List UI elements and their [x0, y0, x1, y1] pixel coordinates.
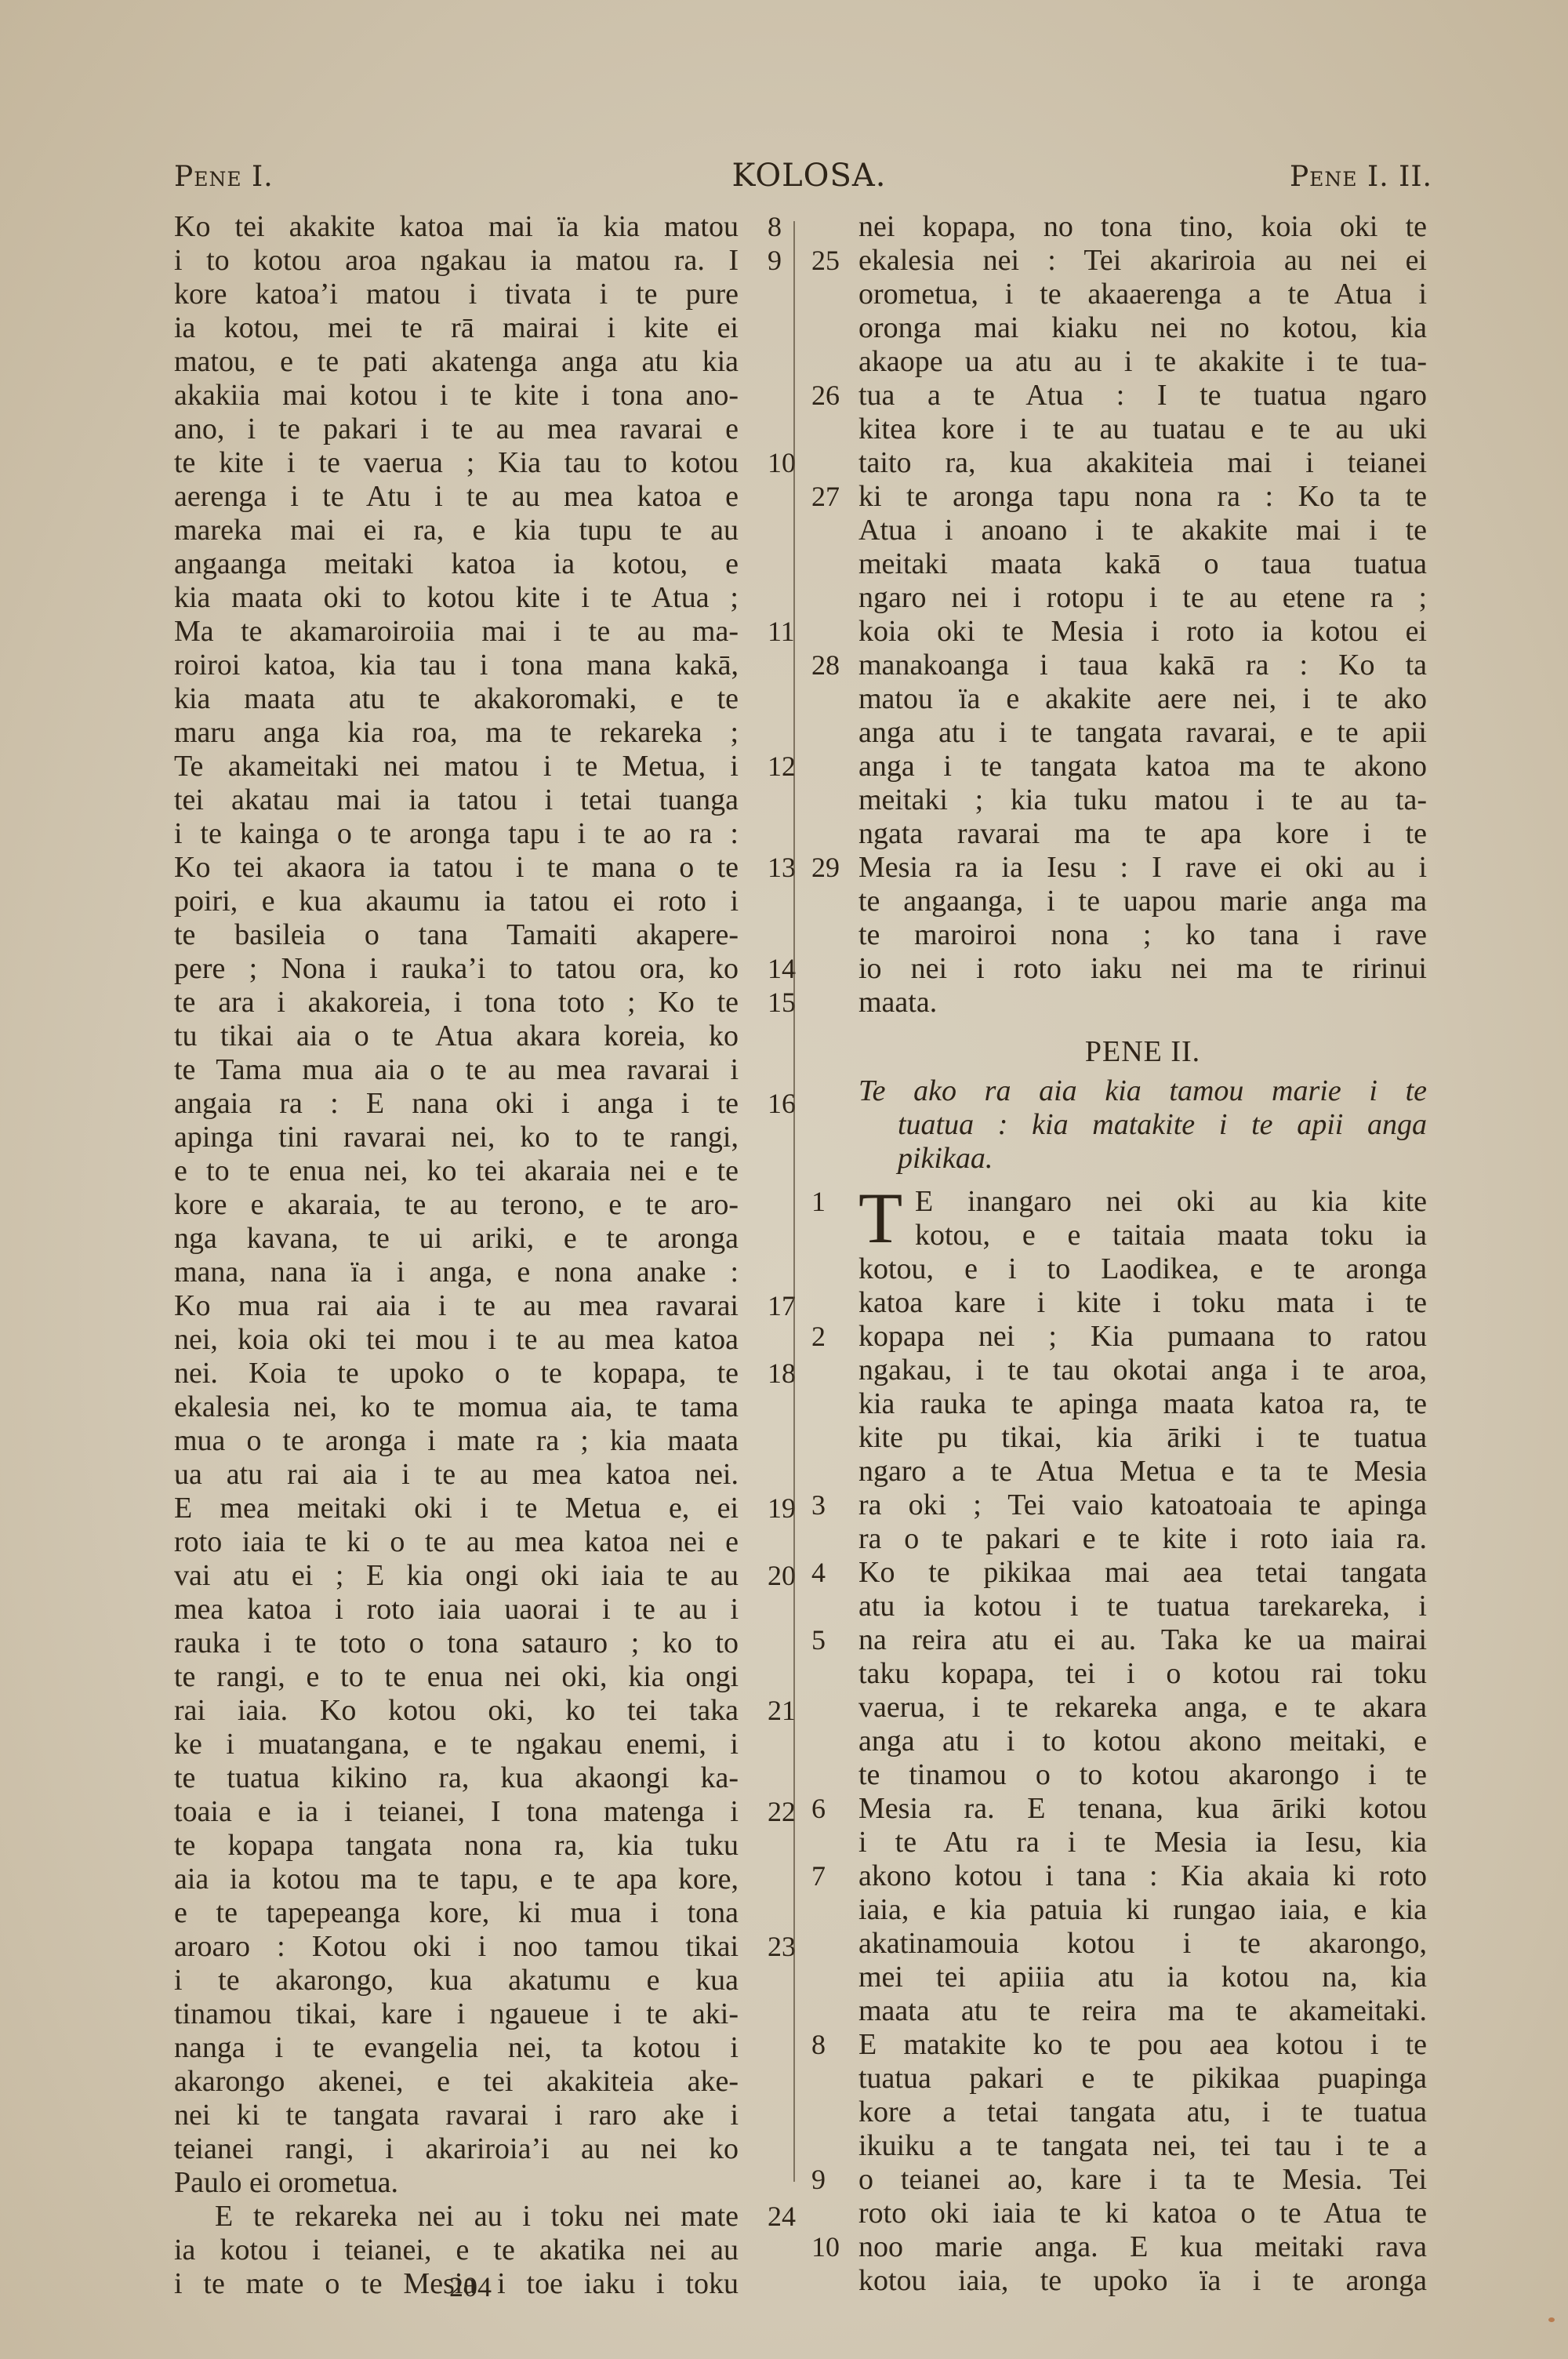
text-line: kopapa nei ; Kia pumaana to ratou2	[858, 1320, 1427, 1354]
text-line: atu ia kotou i te tuatua tarekareka, i	[858, 1590, 1427, 1623]
line-text: nei. Koia te upoko o te kopapa, te	[174, 1357, 739, 1390]
text-line: Ko tei akakite katoa mai ïa kia matou8	[174, 210, 739, 244]
line-text: te angaanga, i te uapou marie anga ma	[858, 885, 1427, 918]
text-line: maru anga kia roa, ma te rekareka ;	[174, 716, 739, 750]
text-line: kia rauka te apinga maata katoa ra, te	[858, 1387, 1427, 1421]
text-line: ngakau, i te tau okotai anga i te aroa,	[858, 1354, 1427, 1387]
text-line: te kopapa tangata nona ra, kia tuku	[174, 1829, 739, 1863]
text-line: akaope ua atu au i te akakite i te tua-	[858, 345, 1427, 379]
line-text: te rangi, e to te enua nei oki, kia ongi	[174, 1660, 739, 1693]
line-text: te maroiroi nona ; ko tana i rave	[858, 918, 1427, 951]
verse-number: 8	[811, 2028, 851, 2062]
line-text: i te akarongo, kua akatumu e kua	[174, 1964, 739, 1997]
line-text: maru anga kia roa, ma te rekareka ;	[174, 716, 739, 749]
text-line: taku kopapa, tei i o kotou rai toku	[858, 1657, 1427, 1691]
line-text: kotou, e i to Laodikea, e te aronga	[858, 1252, 1427, 1285]
chapter-1-continuation: nei kopapa, no tona tino, koia oki teeka…	[858, 210, 1427, 1020]
line-text: anga atu i to kotou akono meitaki, e	[858, 1725, 1427, 1757]
line-text: ia kotou, mei te rā mairai i kite ei	[174, 311, 739, 344]
summary-line: tuatua : kia matakite i te apii anga	[858, 1108, 1427, 1142]
text-line: te tinamou o to kotou akarongo i te	[858, 1758, 1427, 1792]
verse-number: 26	[811, 379, 851, 413]
text-line: ke i muatangana, e te ngakau enemi, i	[174, 1728, 739, 1761]
verse-number: 10	[811, 2230, 851, 2264]
text-line: Ko te pikikaa mai aea tetai tangata4	[858, 1556, 1427, 1590]
text-line: Atua i anoano i te akakite mai i te	[858, 514, 1427, 547]
line-text: te kite i te vaerua ; Kia tau to kotou	[174, 446, 739, 479]
verse-number: 7	[811, 1859, 851, 1893]
line-text: orometua, i te akaaerenga a te Atua i	[858, 278, 1427, 311]
line-text: Mesia ra ia Iesu : I rave ei oki au i	[858, 851, 1427, 884]
line-text: pere ; Nona i rauka’i to tatou ora, ko	[174, 952, 739, 985]
line-text: vaerua, i te rekareka anga, e te akara	[858, 1691, 1427, 1724]
line-text: aia ia kotou ma te tapu, e te apa kore,	[174, 1863, 739, 1896]
text-line: Paulo ei orometua.	[174, 2166, 739, 2200]
line-text: angaanga meitaki katoa ia kotou, e	[174, 547, 739, 580]
text-line: nei. Koia te upoko o te kopapa, te18	[174, 1357, 739, 1390]
text-line: E mea meitaki oki i te Metua e, ei19	[174, 1492, 739, 1525]
line-text: ekalesia nei : Tei akariroia au nei ei	[858, 244, 1427, 277]
text-line: matou ïa e akakite aere nei, i te ako	[858, 682, 1427, 716]
line-text: io nei i roto iaku nei ma te ririnui	[858, 952, 1427, 985]
text-line: anga i te tangata katoa ma te akono	[858, 750, 1427, 783]
text-line: vaerua, i te rekareka anga, e te akara	[858, 1691, 1427, 1725]
text-line: matou, e te pati akatenga anga atu kia	[174, 345, 739, 379]
text-line: ngaro nei i rotopu i te au etene ra ;	[858, 581, 1427, 615]
header-book-title: KOLOSA.	[723, 158, 895, 194]
verse-number: 28	[811, 649, 851, 682]
line-text: akarongo akenei, e tei akakiteia ake-	[174, 2065, 739, 2098]
right-column: nei kopapa, no tona tino, koia oki teeka…	[858, 210, 1427, 2298]
line-text: meitaki maata kakā o taua tuatua	[858, 547, 1427, 580]
line-text: ngakau, i te tau okotai anga i te aroa,	[858, 1354, 1427, 1387]
text-line: e te tapepeanga kore, ki mua i tona	[174, 1896, 739, 1930]
line-text: akaope ua atu au i te akakite i te tua-	[858, 345, 1427, 378]
line-text: Ko tei akakite katoa mai ïa kia matou	[174, 210, 739, 243]
text-line: i te akarongo, kua akatumu e kua	[174, 1964, 739, 1997]
header-chapter-right: Pene I. II.	[1290, 161, 1432, 193]
text-line: kore e akaraia, te au terono, e te aro-	[174, 1188, 739, 1222]
line-text: tinamou tikai, kare i ngaueue i te aki-	[174, 1997, 739, 2030]
text-line: vai atu ei ; E kia ongi oki iaia te au20	[174, 1559, 739, 1593]
line-text: akono kotou i tana : Kia akaia ki roto	[858, 1859, 1427, 1892]
column-divider	[793, 221, 795, 2182]
line-text: Ko mua rai aia i te au mea ravarai	[174, 1289, 739, 1322]
text-line: te maroiroi nona ; ko tana i rave	[858, 918, 1427, 952]
line-text: Paulo ei orometua.	[174, 2166, 398, 2199]
text-line: ngata ravarai ma te apa kore i te	[858, 817, 1427, 851]
text-line: akono kotou i tana : Kia akaia ki roto7	[858, 1859, 1427, 1893]
text-line: ekalesia nei, ko te momua aia, te tama	[174, 1390, 739, 1424]
line-text: ra oki ; Tei vaio katoatoaia te apinga	[858, 1488, 1427, 1521]
line-text: i to kotou aroa ngakau ia matou ra. I	[174, 244, 739, 277]
chapter-2-text: T E inangaro nei oki au kia kite1kotou, …	[858, 1185, 1427, 2298]
text-line: angaanga meitaki katoa ia kotou, e	[174, 547, 739, 581]
line-text: aerenga i te Atu i te au mea katoa e	[174, 480, 739, 513]
line-text: teianei rangi, i akariroia’i au nei ko	[174, 2132, 739, 2165]
line-text: matou, e te pati akatenga anga atu kia	[174, 345, 739, 378]
text-line: maata.	[858, 986, 1427, 1020]
line-text: kore a tetai tangata atu, i te tuatua	[858, 2095, 1427, 2128]
line-text: tua a te Atua : I te tuatua ngaro	[858, 379, 1427, 412]
left-column: Ko tei akakite katoa mai ïa kia matou8i …	[174, 210, 739, 2301]
text-line: nga kavana, te ui ariki, e te aronga	[174, 1222, 739, 1256]
line-text: taku kopapa, tei i o kotou rai toku	[858, 1657, 1427, 1690]
text-line: roiroi katoa, kia tau i tona mana kakā,	[174, 649, 739, 682]
text-line: E matakite ko te pou aea kotou i te8	[858, 2028, 1427, 2062]
text-line: mea katoa i roto iaia uaorai i te au i	[174, 1593, 739, 1627]
line-text: mana, nana ïa i anga, e nona anake :	[174, 1256, 739, 1289]
verse-number: 4	[811, 1556, 851, 1590]
text-line: tei akatau mai ia tatou i tetai tuanga	[174, 783, 739, 817]
text-line: orometua, i te akaaerenga a te Atua i	[858, 278, 1427, 311]
text-line: maata atu te reira ma te akameitaki.	[858, 1994, 1427, 2028]
line-text: i te kainga o te aronga tapu i te ao ra …	[174, 817, 739, 850]
line-text: te Tama mua aia o te au mea ravarai i	[174, 1053, 739, 1086]
line-text: poiri, e kua akaumu ia tatou ei roto i	[174, 885, 739, 918]
chapter-2-title: PENE II.	[858, 1029, 1427, 1074]
page-number: 204	[423, 2270, 517, 2303]
text-line: rai iaia. Ko kotou oki, ko tei taka21	[174, 1694, 739, 1728]
line-text: ra o te pakari e te kite i roto iaia ra.	[858, 1522, 1427, 1555]
line-text: nei kopapa, no tona tino, koia oki te	[858, 210, 1427, 243]
line-text: apinga tini ravarai nei, ko to te rangi,	[174, 1121, 739, 1154]
text-line: roto oki iaia te ki katoa o te Atua te	[858, 2197, 1427, 2230]
text-line: ngaro a te Atua Metua e ta te Mesia	[858, 1455, 1427, 1488]
text-line: kia maata atu te akakoromaki, e te	[174, 682, 739, 716]
line-text: ngaro a te Atua Metua e ta te Mesia	[858, 1455, 1427, 1488]
line-text: kopapa nei ; Kia pumaana to ratou	[858, 1320, 1427, 1353]
line-text: Ma te akamaroiroiia mai i te au ma-	[174, 615, 739, 648]
text-line: Ko tei akaora ia tatou i te mana o te13	[174, 851, 739, 885]
verse-number: 1	[811, 1185, 851, 1219]
line-text: aroaro : Kotou oki i noo tamou tikai	[174, 1930, 739, 1963]
text-line: nanga i te evangelia nei, ta kotou i	[174, 2031, 739, 2065]
verse-number: 24	[768, 2200, 799, 2234]
text-line: apinga tini ravarai nei, ko to te rangi,	[174, 1121, 739, 1154]
line-text: akatinamouia kotou i te akarongo,	[858, 1927, 1427, 1960]
text-line: anga atu i to kotou akono meitaki, e	[858, 1725, 1427, 1758]
text-line: roto iaia te ki o te au mea katoa nei e	[174, 1525, 739, 1559]
line-text: e to te enua nei, ko tei akaraia nei e t…	[174, 1154, 739, 1187]
text-line: meitaki maata kakā o taua tuatua	[858, 547, 1427, 581]
line-text: oronga mai kiaku nei no kotou, kia	[858, 311, 1427, 344]
text-line: te Tama mua aia o te au mea ravarai i	[174, 1053, 739, 1087]
text-line: oronga mai kiaku nei no kotou, kia	[858, 311, 1427, 345]
verse-number: 29	[811, 851, 851, 885]
line-text: akakiia mai kotou i te kite i tona ano-	[174, 379, 739, 412]
line-text: E matakite ko te pou aea kotou i te	[858, 2028, 1427, 2061]
text-line: iaia, e kia patuia ki rungao iaia, e kia	[858, 1893, 1427, 1927]
line-text: na reira atu ei au. Taka ke ua mairai	[858, 1623, 1427, 1656]
text-line: tinamou tikai, kare i ngaueue i te aki-	[174, 1997, 739, 2031]
text-line: aerenga i te Atu i te au mea katoa e	[174, 480, 739, 514]
line-text: anga i te tangata katoa ma te akono	[858, 750, 1427, 783]
line-text: meitaki ; kia tuku matou i te au ta-	[858, 783, 1427, 816]
line-text: te kopapa tangata nona ra, kia tuku	[174, 1829, 739, 1862]
line-text: noo marie anga. E kua meitaki rava	[858, 2230, 1427, 2263]
text-line: ekalesia nei : Tei akariroia au nei ei25	[858, 244, 1427, 278]
text-line: pere ; Nona i rauka’i to tatou ora, ko14	[174, 952, 739, 986]
line-text: iaia, e kia patuia ki rungao iaia, e kia	[858, 1893, 1427, 1926]
header-chapter-left: Pene I.	[174, 161, 274, 193]
text-line: anga atu i te tangata ravarai, e te apii	[858, 716, 1427, 750]
text-line: kitea kore i te au tuatau e te au uki	[858, 413, 1427, 446]
line-text: e te tapepeanga kore, ki mua i tona	[174, 1896, 739, 1929]
text-line: koia oki te Mesia i roto ia kotou ei	[858, 615, 1427, 649]
text-line: mei tei apiiia atu ia kotou na, kia	[858, 1961, 1427, 1994]
line-text: kore katoa’i matou i tivata i te pure	[174, 278, 739, 311]
line-text: maata.	[858, 986, 937, 1019]
line-text: mea katoa i roto iaia uaorai i te au i	[174, 1593, 739, 1626]
text-line: o teianei ao, kare i ta te Mesia. Tei9	[858, 2163, 1427, 2197]
text-line: te basileia o tana Tamaiti akapere-	[174, 918, 739, 952]
foxing-spot	[1548, 2317, 1555, 2322]
line-text: angaia ra : E nana oki i anga i te	[174, 1087, 739, 1120]
line-text: nei ki te tangata ravarai i raro ake i	[174, 2099, 739, 2132]
line-text: kitea kore i te au tuatau e te au uki	[858, 413, 1427, 445]
text-line: Ko mua rai aia i te au mea ravarai17	[174, 1289, 739, 1323]
line-text: manakoanga i taua kakā ra : Ko ta	[858, 649, 1427, 682]
text-line: ki te aronga tapu nona ra : Ko ta te27	[858, 480, 1427, 514]
text-line: tu tikai aia o te Atua akara koreia, ko	[174, 1020, 739, 1053]
line-text: tuatua pakari e te pikikaa puapinga	[858, 2062, 1427, 2095]
text-line: te kite i te vaerua ; Kia tau to kotou10	[174, 446, 739, 480]
text-line: te tuatua kikino ra, kua akaongi ka-	[174, 1761, 739, 1795]
line-text: mua o te aronga i mate ra ; kia maata	[174, 1424, 739, 1457]
line-text: te basileia o tana Tamaiti akapere-	[174, 918, 739, 951]
text-line: manakoanga i taua kakā ra : Ko ta28	[858, 649, 1427, 682]
verse-number: 9	[811, 2163, 851, 2197]
line-text: E te rekareka nei au i toku nei mate	[215, 2200, 739, 2233]
text-line: rauka i te toto o tona satauro ; ko to	[174, 1627, 739, 1660]
line-text: kia maata atu te akakoromaki, e te	[174, 682, 739, 715]
line-text: roto iaia te ki o te au mea katoa nei e	[174, 1525, 739, 1558]
text-line: te angaanga, i te uapou marie anga ma	[858, 885, 1427, 918]
text-line: tua a te Atua : I te tuatua ngaro26	[858, 379, 1427, 413]
verse-number: 5	[811, 1623, 851, 1657]
line-text: o teianei ao, kare i ta te Mesia. Tei	[858, 2163, 1427, 2196]
line-text: roto oki iaia te ki katoa o te Atua te	[858, 2197, 1427, 2230]
line-text: anga atu i te tangata ravarai, e te apii	[858, 716, 1427, 749]
line-text: atu ia kotou i te tuatua tarekareka, i	[858, 1590, 1427, 1623]
line-text: ano, i te pakari i te au mea ravarai e	[174, 413, 739, 445]
text-line: ra oki ; Tei vaio katoatoaia te apinga3	[858, 1488, 1427, 1522]
text-line: ano, i te pakari i te au mea ravarai e	[174, 413, 739, 446]
line-text: kotou iaia, te upoko ïa i te aronga	[858, 2264, 1427, 2297]
line-text: kia rauka te apinga maata katoa ra, te	[858, 1387, 1427, 1420]
text-line: Mesia ra. E tenana, kua āriki kotou6	[858, 1792, 1427, 1826]
line-text: tei akatau mai ia tatou i tetai tuanga	[174, 783, 739, 816]
text-line: katoa kare i kite i toku mata i te	[858, 1286, 1427, 1320]
text-line: ia kotou i teianei, e te akatika nei au	[174, 2234, 739, 2267]
text-line: akatinamouia kotou i te akarongo,	[858, 1927, 1427, 1961]
summary-line: pikikaa.	[858, 1142, 1427, 1176]
line-text: ngata ravarai ma te apa kore i te	[858, 817, 1427, 850]
line-text: te tinamou o to kotou akarongo i te	[858, 1758, 1427, 1791]
text-line: kotou, e e taitaia maata toku ia	[858, 1219, 1427, 1252]
text-line: kotou iaia, te upoko ïa i te aronga	[858, 2264, 1427, 2298]
line-text: Ko te pikikaa mai aea tetai tangata	[858, 1556, 1427, 1589]
line-text: katoa kare i kite i toku mata i te	[858, 1286, 1427, 1319]
text-line: noo marie anga. E kua meitaki rava10	[858, 2230, 1427, 2264]
text-line: te ara i akakoreia, i tona toto ; Ko te1…	[174, 986, 739, 1020]
text-line: ua atu rai aia i te au mea katoa nei.	[174, 1458, 739, 1492]
line-text: toaia e ia i teianei, I tona matenga i	[174, 1795, 739, 1828]
line-text: Mesia ra. E tenana, kua āriki kotou	[858, 1792, 1427, 1825]
text-line: ia kotou, mei te rā mairai i kite ei	[174, 311, 739, 345]
line-text: rai iaia. Ko kotou oki, ko tei taka	[174, 1694, 739, 1727]
line-text: nanga i te evangelia nei, ta kotou i	[174, 2031, 739, 2064]
text-line: angaia ra : E nana oki i anga i te16	[174, 1087, 739, 1121]
text-line: nei ki te tangata ravarai i raro ake i	[174, 2099, 739, 2132]
line-text: ua atu rai aia i te au mea katoa nei.	[174, 1458, 739, 1491]
line-text: Atua i anoano i te akakite mai i te	[858, 514, 1427, 547]
text-line: kotou, e i to Laodikea, e te aronga	[858, 1252, 1427, 1286]
scanned-page: Pene I. KOLOSA. Pene I. II. Ko tei akaki…	[0, 0, 1568, 2359]
text-line: e to te enua nei, ko tei akaraia nei e t…	[174, 1154, 739, 1188]
line-text: ngaro nei i rotopu i te au etene ra ;	[858, 581, 1427, 614]
text-line: mareka mai ei ra, e kia tupu te au	[174, 514, 739, 547]
line-text: vai atu ei ; E kia ongi oki iaia te au	[174, 1559, 739, 1592]
line-text: Te akameitaki nei matou i te Metua, i	[174, 750, 739, 783]
text-line: kore a tetai tangata atu, i te tuatua	[858, 2095, 1427, 2129]
text-line: te rangi, e to te enua nei oki, kia ongi	[174, 1660, 739, 1694]
text-line: kia maata oki to kotou kite i te Atua ;	[174, 581, 739, 615]
line-text: kia maata oki to kotou kite i te Atua ;	[174, 581, 739, 614]
text-line: nei, koia oki tei mou i te au mea katoa	[174, 1323, 739, 1357]
text-line: E te rekareka nei au i toku nei mate24	[174, 2200, 739, 2234]
line-text: te tuatua kikino ra, kua akaongi ka-	[174, 1761, 739, 1794]
running-header: Pene I. KOLOSA. Pene I. II.	[174, 161, 1428, 200]
line-text: ke i muatangana, e te ngakau enemi, i	[174, 1728, 739, 1761]
line-text: Ko tei akaora ia tatou i te mana o te	[174, 851, 739, 884]
line-text: te ara i akakoreia, i tona toto ; Ko te	[174, 986, 739, 1019]
text-line: io nei i roto iaku nei ma te ririnui	[858, 952, 1427, 986]
text-line: nei kopapa, no tona tino, koia oki te	[858, 210, 1427, 244]
text-line: i te kainga o te aronga tapu i te ao ra …	[174, 817, 739, 851]
line-text: nga kavana, te ui ariki, e te aronga	[174, 1222, 739, 1255]
line-text: i te Atu ra i te Mesia ia Iesu, kia	[858, 1826, 1427, 1859]
line-text: ki te aronga tapu nona ra : Ko ta te	[858, 480, 1427, 513]
line-text: rauka i te toto o tona satauro ; ko to	[174, 1627, 739, 1659]
text-line: toaia e ia i teianei, I tona matenga i22	[174, 1795, 739, 1829]
line-text: maata atu te reira ma te akameitaki.	[858, 1994, 1427, 2027]
text-line: Te akameitaki nei matou i te Metua, i12	[174, 750, 739, 783]
text-line: i to kotou aroa ngakau ia matou ra. I9	[174, 244, 739, 278]
line-text: kotou, e e taitaia maata toku ia	[915, 1219, 1427, 1252]
text-line: ikuiku a te tangata nei, tei tau i te a	[858, 2129, 1427, 2163]
line-text: mareka mai ei ra, e kia tupu te au	[174, 514, 739, 547]
text-line: poiri, e kua akaumu ia tatou ei roto i	[174, 885, 739, 918]
line-text: E mea meitaki oki i te Metua e, ei	[174, 1492, 739, 1525]
text-line: teianei rangi, i akariroia’i au nei ko	[174, 2132, 739, 2166]
text-line: akakiia mai kotou i te kite i tona ano-	[174, 379, 739, 413]
text-line: meitaki ; kia tuku matou i te au ta-	[858, 783, 1427, 817]
line-text: taito ra, kua akakiteia mai i teianei	[858, 446, 1427, 479]
line-text: E inangaro nei oki au kia kite	[915, 1185, 1427, 1218]
text-line: kore katoa’i matou i tivata i te pure	[174, 278, 739, 311]
text-line: mana, nana ïa i anga, e nona anake :	[174, 1256, 739, 1289]
text-line: tuatua pakari e te pikikaa puapinga	[858, 2062, 1427, 2095]
line-text: nei, koia oki tei mou i te au mea katoa	[174, 1323, 739, 1356]
verse-number: 2	[811, 1320, 851, 1354]
verse-number: 27	[811, 480, 851, 514]
line-text: koia oki te Mesia i roto ia kotou ei	[858, 615, 1427, 648]
line-text: ia kotou i teianei, e te akatika nei au	[174, 2234, 739, 2266]
line-text: mei tei apiiia atu ia kotou na, kia	[858, 1961, 1427, 1994]
text-line: aia ia kotou ma te tapu, e te apa kore,	[174, 1863, 739, 1896]
text-line: aroaro : Kotou oki i noo tamou tikai23	[174, 1930, 739, 1964]
text-line: taito ra, kua akakiteia mai i teianei	[858, 446, 1427, 480]
text-line: i te Atu ra i te Mesia ia Iesu, kia	[858, 1826, 1427, 1859]
text-line: Mesia ra ia Iesu : I rave ei oki au i29	[858, 851, 1427, 885]
summary-line: Te ako ra aia kia tamou marie i te	[858, 1074, 1427, 1108]
text-line: akarongo akenei, e tei akakiteia ake-	[174, 2065, 739, 2099]
text-line: E inangaro nei oki au kia kite1	[858, 1185, 1427, 1219]
text-line: Ma te akamaroiroiia mai i te au ma-11	[174, 615, 739, 649]
line-text: kite pu tikai, kia āriki i te tuatua	[858, 1421, 1427, 1454]
text-line: na reira atu ei au. Taka ke ua mairai5	[858, 1623, 1427, 1657]
verse-number: 25	[811, 244, 851, 278]
line-text: roiroi katoa, kia tau i tona mana kakā,	[174, 649, 739, 682]
line-text: kore e akaraia, te au terono, e te aro-	[174, 1188, 739, 1221]
text-line: ra o te pakari e te kite i roto iaia ra.	[858, 1522, 1427, 1556]
chapter-2-summary: Te ako ra aia kia tamou marie i te tuatu…	[858, 1074, 1427, 1176]
verse-number: 3	[811, 1488, 851, 1522]
text-line: kite pu tikai, kia āriki i te tuatua	[858, 1421, 1427, 1455]
line-text: tu tikai aia o te Atua akara koreia, ko	[174, 1020, 739, 1052]
line-text: ikuiku a te tangata nei, tei tau i te a	[858, 2129, 1427, 2162]
line-text: ekalesia nei, ko te momua aia, te tama	[174, 1390, 739, 1423]
verse-number: 6	[811, 1792, 851, 1826]
line-text: matou ïa e akakite aere nei, i te ako	[858, 682, 1427, 715]
text-line: mua o te aronga i mate ra ; kia maata	[174, 1424, 739, 1458]
